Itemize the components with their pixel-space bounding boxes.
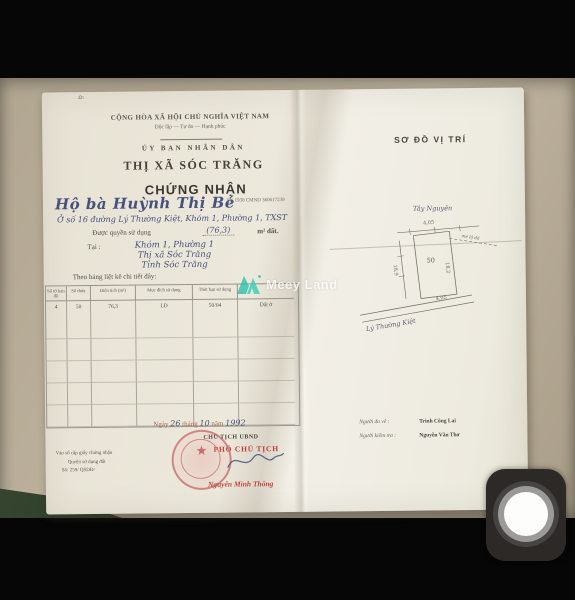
col-header-area: Diện tích (m²) xyxy=(91,286,136,302)
table-row xyxy=(46,337,298,362)
date-day: 26 xyxy=(170,419,180,428)
pencil-corner-mark: 4b xyxy=(77,94,84,101)
cell-map-sheet: 4 xyxy=(46,302,67,318)
table-row xyxy=(46,315,298,340)
date-year-label: năm xyxy=(211,420,223,428)
surveyor1-label: Người đo vẽ : xyxy=(359,419,389,425)
motto-underline xyxy=(160,139,222,141)
road-label: Lý Thường Kiệt xyxy=(364,317,416,334)
dim-right: 18,2 xyxy=(444,262,451,274)
registry-block: Vào sổ cấp giấy chứng nhận Quyền sử dụng… xyxy=(56,449,186,476)
side-note: mé lộ đá xyxy=(461,233,480,241)
date-year: 1992 xyxy=(225,418,245,427)
watermark: Meey Land xyxy=(236,272,346,304)
dim-top: 4,05 xyxy=(423,220,435,227)
site-plan-title: SƠ ĐỒ VỊ TRÍ xyxy=(370,134,490,145)
col-header-parcel: Số thửa xyxy=(67,286,91,302)
signature xyxy=(224,448,286,475)
cell-area: 76,3 xyxy=(91,301,136,317)
grant-label: Được quyền sử dụng xyxy=(92,228,151,237)
camera-lens-outer-ring xyxy=(493,481,559,547)
date-prefix: Ngày xyxy=(153,420,168,428)
camera-lens-core xyxy=(504,492,548,536)
issuer-authority: ỦY BAN NHÂN DÂN xyxy=(93,143,293,153)
area-value: (76,3) xyxy=(202,226,234,236)
col-header-map-sheet: Số tờ bản đồ xyxy=(46,286,67,302)
col-header-purpose: Mục đích sử dụng xyxy=(136,285,193,301)
tai-label: Tại : xyxy=(87,243,100,251)
surveyor2-name: Nguyễn Văn Thơ xyxy=(419,432,459,438)
surveyor1-name: Trình Công Lai xyxy=(419,418,456,424)
site-plan-diagram: Tây Nguyên 4,05 50 18,2 18,9 mé lộ đá 4,… xyxy=(339,196,521,358)
date-month: 10 xyxy=(199,419,209,428)
cell-parcel: 50 xyxy=(67,302,91,318)
land-detail-table: Số tờ bản đồ Số thửa Diện tích (m²) Mục … xyxy=(45,283,300,429)
table-intro: Theo bảng liệt kê chi tiết đây: xyxy=(73,272,157,281)
dim-left: 18,9 xyxy=(392,264,399,276)
registry-line3: Số: 259/ QSDĐ/ xyxy=(56,466,186,476)
cell-purpose: LĐ xyxy=(136,300,193,317)
camera-lens-mid-ring xyxy=(498,486,554,542)
watermark-brand-text: Meey Land xyxy=(266,277,338,292)
issuer-town: THỊ XÃ SÓC TRĂNG xyxy=(94,157,294,174)
camera-icon[interactable] xyxy=(486,469,566,561)
cell-duration: 50/04 xyxy=(193,300,238,316)
table-row xyxy=(47,381,299,406)
meeyland-logo-icon xyxy=(236,272,262,298)
area-unit: m² đất. xyxy=(257,227,278,235)
col-header-duration: Thời hạn sử dụng xyxy=(193,284,238,300)
parcel-number: 50 xyxy=(427,256,435,264)
dim-bottom: 4,05 xyxy=(435,295,447,303)
issue-date-line: Ngày 26 tháng 10 năm 1992 xyxy=(153,418,245,428)
surveyor2-label: Người kiểm tra : xyxy=(359,433,396,439)
table-row xyxy=(47,359,299,384)
holder-id-note: SN 1930 CMND 360617239 xyxy=(227,198,307,204)
street-top-label: Tây Nguyên xyxy=(413,204,452,212)
date-month-label: tháng xyxy=(182,420,198,428)
location-line3: Tỉnh Sóc Trăng xyxy=(110,259,240,270)
signer-name: Nguyễn Minh Thống xyxy=(208,479,274,489)
national-motto-line1: CỘNG HÒA XÃ HỘI CHỦ NGHĨA VIỆT NAM xyxy=(90,112,290,122)
national-motto-line2: Độc lập — Tự do — Hạnh phúc xyxy=(90,123,290,131)
